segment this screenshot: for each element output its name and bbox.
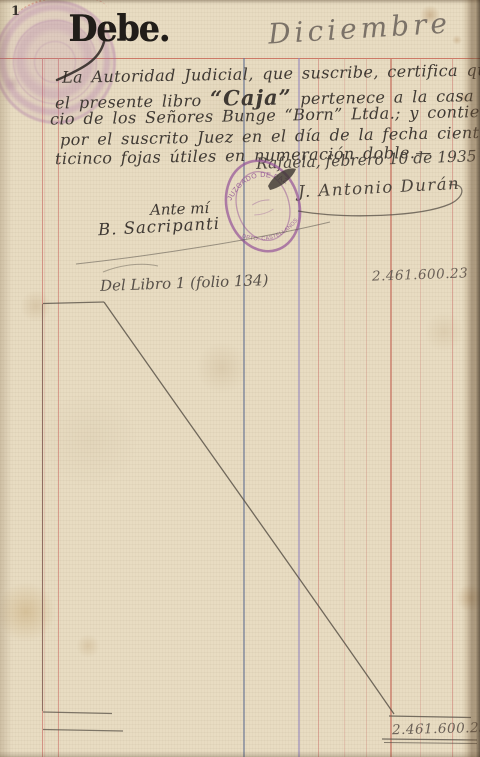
page-number: 1 <box>11 4 20 19</box>
amount-bottom: 2.461.600.23 <box>392 720 480 739</box>
amount-top: 2.461.600.23 <box>372 265 469 284</box>
secretary-signature: B. Sacripanti <box>98 214 221 239</box>
closing-bottom-left-line-1 <box>43 712 112 714</box>
judge-signature: J. Antonio Durán <box>298 174 461 201</box>
total-underline-1 <box>382 739 477 740</box>
oval-juzgado-stamp: JUZGADO DE PAZ DPTO. CASTELLANOS <box>208 152 318 260</box>
closing-diagonal-line <box>104 302 394 714</box>
total-top-line <box>389 716 471 718</box>
debit-header: Debe. <box>68 8 169 50</box>
left-margin-rule-1 <box>42 58 43 757</box>
closing-bottom-left-line-2 <box>43 730 123 732</box>
closing-top-line <box>43 302 104 304</box>
reference-flourish <box>103 264 158 272</box>
ledger-page: 1 Debe. Diciembre La Autoridad Judicial,… <box>0 0 480 757</box>
total-underline-2 <box>384 743 477 744</box>
month-header: Diciembre <box>267 6 452 50</box>
